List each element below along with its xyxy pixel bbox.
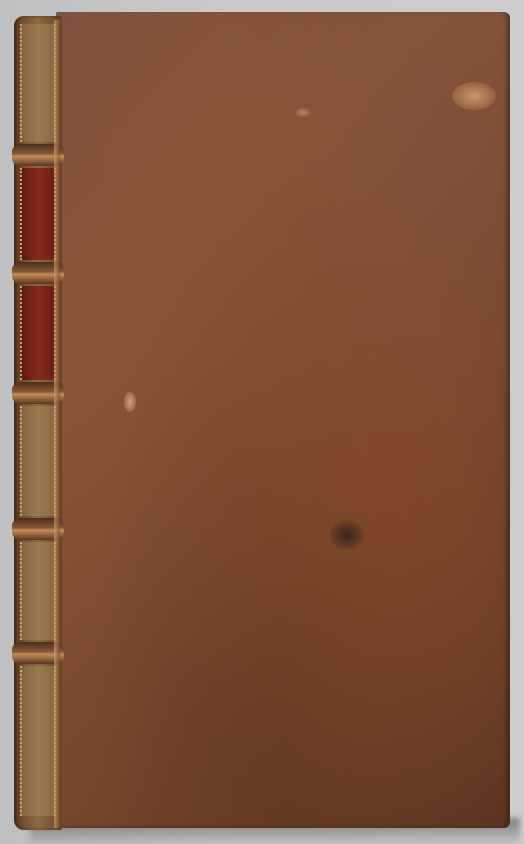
spine-panel-1 <box>20 24 56 142</box>
spine-panel-5 <box>20 542 56 640</box>
spine-panel-4 <box>20 406 56 516</box>
spine-volume-label <box>20 286 56 380</box>
spine-title-label <box>20 168 56 260</box>
cover-stain-small <box>296 108 310 117</box>
book-front-cover <box>56 12 510 828</box>
spine-panel-6 <box>20 666 56 816</box>
spine-hinge <box>54 20 60 828</box>
cover-stain <box>452 82 496 110</box>
cover-scuff <box>124 392 136 412</box>
cover-dark-spot <box>330 520 364 550</box>
